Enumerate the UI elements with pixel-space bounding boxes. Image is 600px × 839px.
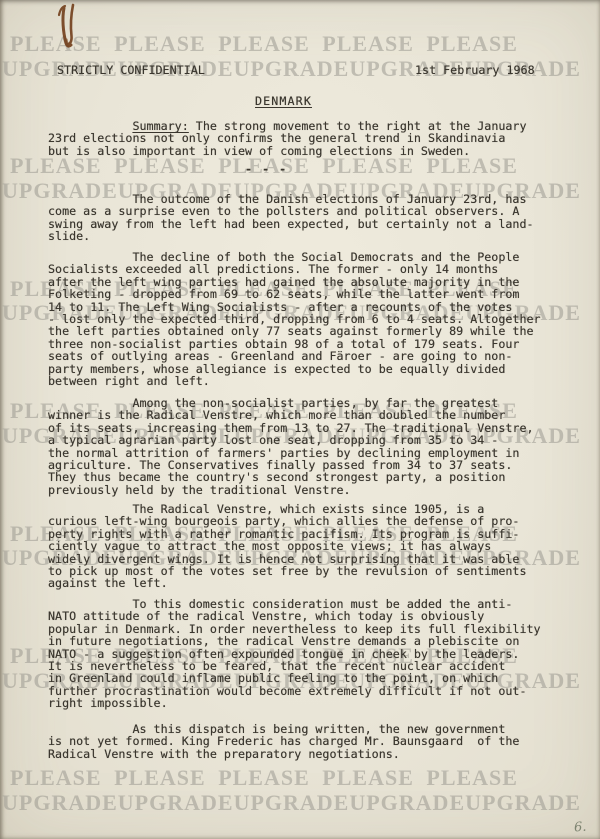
text-line: previously held by the traditional Venst…	[48, 484, 534, 496]
text-line: against the left.	[48, 577, 526, 589]
watermark-word: PLEASE	[114, 33, 206, 55]
watermark-word: PLEASE	[322, 33, 414, 55]
watermark-row: UPGRADEUPGRADEUPGRADEUPGRADEUPGRADE	[2, 792, 526, 814]
watermark-word: PLEASE	[10, 767, 102, 789]
section-divider: - - -	[245, 163, 288, 175]
text-line: slide.	[48, 230, 534, 242]
text-line: right impossible.	[48, 697, 541, 709]
watermark-word: UPGRADE	[349, 792, 465, 814]
text-line: curious left-wing bourgeois party, which…	[48, 515, 526, 527]
page-number: 6.	[574, 820, 587, 836]
watermark-word: UPGRADE	[118, 792, 234, 814]
text-line: between right and left.	[48, 375, 541, 387]
watermark-word: PLEASE	[322, 155, 414, 177]
paragraph-5: To this domestic consideration must be a…	[48, 598, 541, 710]
watermark-word: PLEASE	[114, 767, 206, 789]
watermark-word: PLEASE	[218, 33, 310, 55]
text-line: seats of outlying areas - Greenland and …	[48, 350, 541, 362]
text-line: NATO attitude of the radical Venstre, wh…	[48, 610, 541, 622]
text-line: in Greenland could inflame public feelin…	[48, 672, 541, 684]
text-line: 23rd elections not only confirms the gen…	[48, 132, 527, 144]
watermark-word: UPGRADE	[2, 792, 118, 814]
text-line: the left parties obtained only 77 seats …	[48, 325, 541, 337]
watermark-word: UPGRADE	[234, 58, 350, 80]
watermark-word: PLEASE	[322, 767, 414, 789]
summary-lines: 23rd elections not only confirms the gen…	[48, 132, 527, 157]
watermark-word: UPGRADE	[234, 792, 350, 814]
watermark-word: PLEASE	[426, 33, 518, 55]
paragraph-4: The Radical Venstre, which exists since …	[48, 503, 526, 590]
watermark-word: PLEASE	[426, 767, 518, 789]
text-line: in future negotiations, the radical Vens…	[48, 635, 541, 647]
watermark-word: UPGRADE	[465, 792, 581, 814]
watermark-word: PLEASE	[10, 155, 102, 177]
watermark-row: PLEASEPLEASEPLEASEPLEASEPLEASE	[10, 767, 518, 789]
paragraph-2: The decline of both the Social Democrats…	[48, 251, 541, 387]
text-line: Radical Venstre with the preparatory neg…	[48, 748, 519, 760]
text-line: Folketing - dropped from 69 to 62 seats,…	[48, 288, 541, 300]
handwritten-ink-mark	[56, 2, 84, 52]
watermark-word: PLEASE	[426, 155, 518, 177]
text-line: ciently vague to attract the most opposi…	[48, 540, 526, 552]
text-line: a typical agrarian party lost one seat, …	[48, 434, 534, 446]
watermark-word: PLEASE	[114, 155, 206, 177]
scanned-document-page: PLEASEPLEASEPLEASEPLEASEPLEASEUPGRADEUPG…	[0, 0, 600, 839]
classification-label: STRICTLY CONFIDENTIAL	[57, 64, 205, 76]
text-line: but is also important in view of coming …	[48, 145, 527, 157]
paragraph-1: The outcome of the Danish elections of J…	[48, 193, 534, 243]
paragraph-6: As this dispatch is being written, the n…	[48, 723, 519, 760]
text-line: winner is the Radical Venstre, which mor…	[48, 409, 534, 421]
text-line: swing away from the left had been expect…	[48, 218, 534, 230]
text-line: Socialists exceeded all predictions. The…	[48, 263, 541, 275]
summary-paragraph: Summary: The strong movement to the righ…	[48, 120, 527, 157]
paragraph-3: Among the non-socialist parties, by far …	[48, 397, 534, 496]
document-title: DENMARK	[255, 95, 312, 107]
watermark-row: PLEASEPLEASEPLEASEPLEASEPLEASE	[10, 33, 518, 55]
text-line: is not yet formed. King Frederic has cha…	[48, 735, 519, 747]
watermark-word: PLEASE	[218, 767, 310, 789]
text-line: come as a surprise even to the pollsters…	[48, 205, 534, 217]
document-date: 1st February 1968	[415, 64, 535, 76]
text-line: They thus became the country's second st…	[48, 471, 534, 483]
